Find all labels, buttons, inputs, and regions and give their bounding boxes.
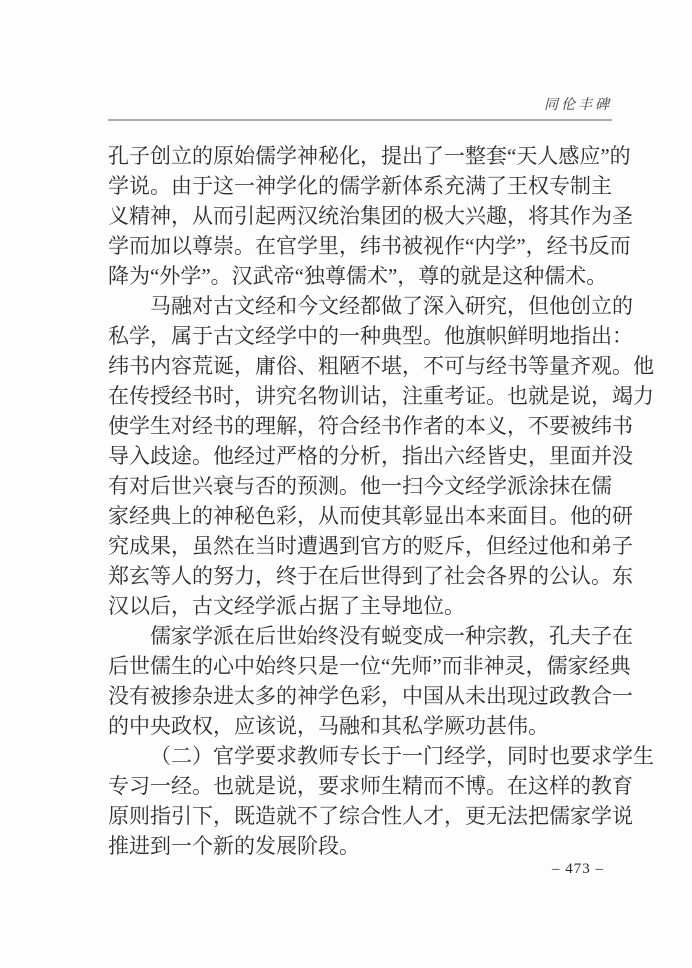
text-line: （二）官学要求教师专长于一门经学，同时也要求学生	[108, 741, 612, 771]
text-line: 没有被掺杂进太多的神学色彩，中国从未出现过政教合一	[108, 681, 612, 711]
text-line: 专习一经。也就是说，要求师生精而不博。在这样的教育	[108, 771, 612, 801]
book-page: 同伦丰碑 孔子创立的原始儒学神秘化，提出了一整套“天人感应”的学说。由于这一神学…	[0, 0, 692, 968]
page-number: – 473 –	[108, 861, 604, 878]
text-line: 的中央政权，应该说，马融和其私学厥功甚伟。	[108, 711, 612, 741]
body-text: 孔子创立的原始儒学神秘化，提出了一整套“天人感应”的学说。由于这一神学化的儒学新…	[108, 141, 612, 861]
text-line: 原则指引下，既造就不了综合性人才，更无法把儒家学说	[108, 801, 612, 831]
text-line: 降为“外学”。汉武帝“独尊儒术”，尊的就是这种儒术。	[108, 261, 612, 291]
text-line: 孔子创立的原始儒学神秘化，提出了一整套“天人感应”的	[108, 141, 612, 171]
text-line: 纬书内容荒诞，庸俗、粗陋不堪，不可与经书等量齐观。他	[108, 351, 612, 381]
text-line: 后世儒生的心中始终只是一位“先师”而非神灵，儒家经典	[108, 651, 612, 681]
paragraph: 儒家学派在后世始终没有蜕变成一种宗教，孔夫子在后世儒生的心中始终只是一位“先师”…	[108, 621, 612, 741]
paragraph: 马融对古文经和今文经都做了深入研究，但他创立的私学，属于古文经学中的一种典型。他…	[108, 291, 612, 621]
text-line: 私学，属于古文经学中的一种典型。他旗帜鲜明地指出：	[108, 321, 612, 351]
header-rule	[108, 119, 612, 121]
text-line: 家经典上的神秘色彩，从而使其彰显出本来面目。他的研	[108, 501, 612, 531]
running-header-title: 同伦丰碑	[108, 94, 612, 114]
text-line: 郑玄等人的努力，终于在后世得到了社会各界的公认。东	[108, 561, 612, 591]
text-line: 学而加以尊崇。在官学里，纬书被视作“内学”，经书反而	[108, 231, 612, 261]
paragraph: 孔子创立的原始儒学神秘化，提出了一整套“天人感应”的学说。由于这一神学化的儒学新…	[108, 141, 612, 291]
text-line: 义精神，从而引起两汉统治集团的极大兴趣，将其作为圣	[108, 201, 612, 231]
text-line: 汉以后，古文经学派占据了主导地位。	[108, 591, 612, 621]
text-line: 在传授经书时，讲究名物训诂，注重考证。也就是说，竭力	[108, 381, 612, 411]
text-line: 马融对古文经和今文经都做了深入研究，但他创立的	[108, 291, 612, 321]
text-line: 导入歧途。他经过严格的分析，指出六经皆史，里面并没	[108, 441, 612, 471]
text-line: 学说。由于这一神学化的儒学新体系充满了王权专制主	[108, 171, 612, 201]
text-line: 究成果，虽然在当时遭遇到官方的贬斥，但经过他和弟子	[108, 531, 612, 561]
text-line: 推进到一个新的发展阶段。	[108, 831, 612, 861]
text-line: 有对后世兴衰与否的预测。他一扫今文经学派涂抹在儒	[108, 471, 612, 501]
paragraph: （二）官学要求教师专长于一门经学，同时也要求学生专习一经。也就是说，要求师生精而…	[108, 741, 612, 861]
text-line: 使学生对经书的理解，符合经书作者的本义，不要被纬书	[108, 411, 612, 441]
text-line: 儒家学派在后世始终没有蜕变成一种宗教，孔夫子在	[108, 621, 612, 651]
